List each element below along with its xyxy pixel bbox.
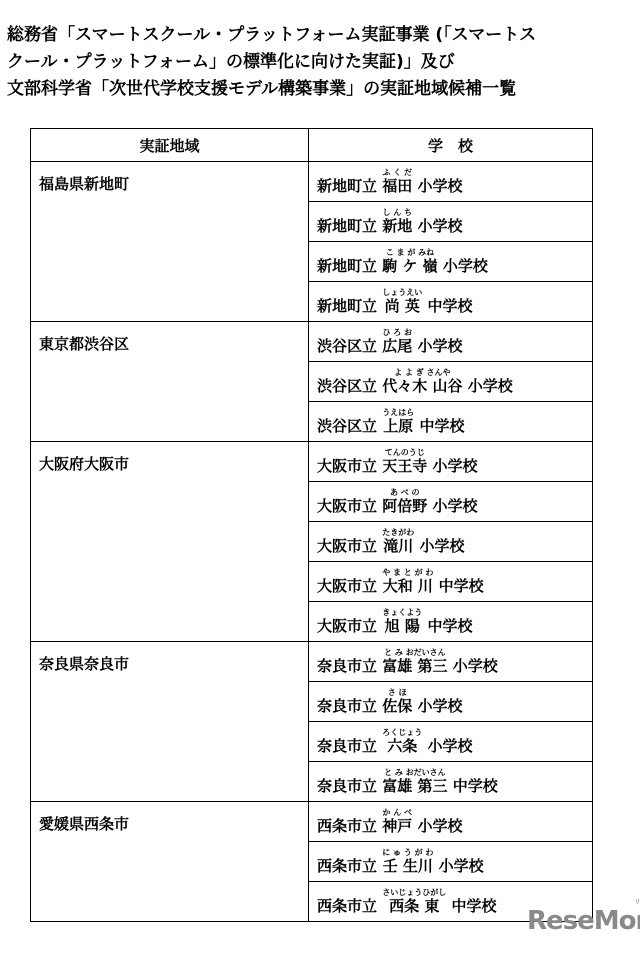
title-line-1: 総務省「スマートスクール・プラットフォーム実証事業 (「スマートス <box>7 22 607 49</box>
base-text: 奈良市立 <box>317 697 382 716</box>
furigana-text: さ ほ <box>382 688 412 697</box>
furigana-text <box>317 608 382 617</box>
school-name-segment: 小学校 <box>412 168 462 196</box>
base-text: 広尾 <box>382 337 412 356</box>
furigana-text: てんのうじ <box>382 448 427 457</box>
furigana-text <box>317 368 382 377</box>
furigana-text <box>317 488 382 497</box>
furigana-text: と み おだいさん <box>382 648 447 657</box>
furigana-text <box>412 328 462 337</box>
school-name-cell: 奈良市立 さ ほ佐保 小学校 <box>309 682 593 722</box>
furigana-text <box>412 168 462 177</box>
base-text: 中学校 <box>446 897 496 916</box>
school-name-segment: 中学校 <box>433 568 483 596</box>
school-name-segment: 中学校 <box>414 408 464 436</box>
furigana-text <box>433 848 483 857</box>
base-text: 新地町立 <box>317 297 382 316</box>
school-name-cell: 大阪市立 あ べ の阿倍野 小学校 <box>309 482 593 522</box>
furigana-text: と み おだいさん <box>382 768 447 777</box>
school-row: 奈良県奈良市 奈良市立 と み おだいさん富雄 第三 小学校 <box>31 642 593 682</box>
base-text: 小学校 <box>447 657 497 676</box>
furigana-text: ろくじょう <box>382 728 422 737</box>
school-name-cell: 奈良市立 と み おだいさん富雄 第三 小学校 <box>309 642 593 682</box>
base-text: 小学校 <box>427 497 477 516</box>
base-text: 六条 <box>382 737 422 756</box>
furigana-text: こ ま が みね <box>382 248 437 257</box>
furigana-text <box>414 528 464 537</box>
base-text: 中学校 <box>433 577 483 596</box>
school-name-segment: 渋谷区立 <box>317 408 382 436</box>
document-title: 総務省「スマートスクール・プラットフォーム実証事業 (「スマートス クール・プラ… <box>7 22 607 103</box>
school-name-cell: 新地町立 しょうえい尚 英 中学校 <box>309 282 593 322</box>
base-text: 小学校 <box>412 217 462 236</box>
furigana-text <box>438 248 488 257</box>
base-text: 富雄 第三 <box>382 657 447 676</box>
base-text: 西条 東 <box>382 897 446 916</box>
base-text: 中学校 <box>422 297 472 316</box>
school-name-cell: 西条市立 に ゅ う が わ壬 生川 小学校 <box>309 842 593 882</box>
base-text: 大阪市立 <box>317 537 382 556</box>
school-name-segment: 新地町立 <box>317 168 382 196</box>
base-text: 福田 <box>382 177 412 196</box>
region-name-cell: 福島県新地町 <box>31 162 309 322</box>
furigana-text <box>317 448 382 457</box>
base-text: 滝川 <box>382 537 414 556</box>
furigana-text <box>317 688 382 697</box>
furigana-text <box>414 408 464 417</box>
furigana-text: しょうえい <box>382 288 422 297</box>
school-name-segment: 奈良市立 <box>317 728 382 756</box>
school-name-segment: 西条市立 <box>317 808 382 836</box>
region-name-cell: 大阪府大阪市 <box>31 442 309 642</box>
base-text: 小学校 <box>433 857 483 876</box>
school-name-segment: 大阪市立 <box>317 488 382 516</box>
furigana-text: ひ ろ お <box>382 328 412 337</box>
furigana-text <box>317 328 382 337</box>
base-text: 中学校 <box>422 617 472 636</box>
base-text: 新地町立 <box>317 257 382 276</box>
base-text: 渋谷区立 <box>317 337 382 356</box>
base-text: 代々木 山谷 <box>382 377 462 396</box>
document-page: 総務省「スマートスクール・プラットフォーム実証事業 (「スマートス クール・プラ… <box>0 0 640 954</box>
school-row: 大阪府大阪市 大阪市立 てんのうじ天王寺 小学校 <box>31 442 593 482</box>
school-name-segment-with-furigana: あ べ の阿倍野 <box>382 488 427 516</box>
school-name-segment-with-furigana: と み おだいさん富雄 第三 <box>382 768 447 796</box>
region-name-cell: 東京都渋谷区 <box>31 322 309 442</box>
base-text: 上原 <box>382 417 414 436</box>
furigana-text <box>422 728 472 737</box>
title-line-2: クール・プラットフォーム」の標準化に向けた実証)」及び <box>7 49 607 76</box>
furigana-text <box>317 808 382 817</box>
furigana-text: し ん ち <box>382 208 412 217</box>
school-name-segment: 中学校 <box>422 288 472 316</box>
school-name-segment: 西条市立 <box>317 888 382 916</box>
base-text: 佐保 <box>382 697 412 716</box>
base-text: 小学校 <box>412 817 462 836</box>
school-name-segment: 小学校 <box>412 208 462 236</box>
school-name-segment: 小学校 <box>427 488 477 516</box>
school-name-segment: 新地町立 <box>317 248 382 276</box>
school-name-segment-with-furigana: と み おだいさん富雄 第三 <box>382 648 447 676</box>
base-text: 小学校 <box>422 737 472 756</box>
school-name-segment: 小学校 <box>412 688 462 716</box>
base-text: 小学校 <box>427 457 477 476</box>
school-name-cell: 新地町立 ふ く だ福田 小学校 <box>309 162 593 202</box>
school-name-segment: 大阪市立 <box>317 608 382 636</box>
base-text: 小学校 <box>412 697 462 716</box>
region-name-cell: 奈良県奈良市 <box>31 642 309 802</box>
school-name-segment: 小学校 <box>422 728 472 756</box>
base-text: 奈良市立 <box>317 657 382 676</box>
furigana-text <box>412 808 462 817</box>
furigana-text: たきがわ <box>382 528 414 537</box>
furigana-text <box>317 528 382 537</box>
base-text: 渋谷区立 <box>317 377 382 396</box>
furigana-text <box>412 208 462 217</box>
furigana-text <box>317 728 382 737</box>
school-name-segment-with-furigana: しょうえい尚 英 <box>382 288 422 316</box>
furigana-text <box>317 768 382 777</box>
school-name-cell: 渋谷区立 ひ ろ お広尾 小学校 <box>309 322 593 362</box>
base-text: 小学校 <box>414 537 464 556</box>
school-name-segment: 小学校 <box>438 248 488 276</box>
furigana-text <box>317 288 382 297</box>
base-text: 小学校 <box>412 177 462 196</box>
school-name-segment: 渋谷区立 <box>317 328 382 356</box>
school-name-segment: 小学校 <box>412 808 462 836</box>
school-name-segment-with-furigana: さ ほ佐保 <box>382 688 412 716</box>
base-text: 富雄 第三 <box>382 777 447 796</box>
school-name-cell: 大阪市立 きょくよう旭 陽 中学校 <box>309 602 593 642</box>
school-name-segment-with-furigana: に ゅ う が わ壬 生川 <box>382 848 433 876</box>
furigana-text <box>462 368 512 377</box>
furigana-text <box>317 568 382 577</box>
base-text: 新地町立 <box>317 217 382 236</box>
furigana-text <box>317 248 382 257</box>
base-text: 大和 川 <box>382 577 433 596</box>
base-text: 小学校 <box>412 337 462 356</box>
base-text: 尚 英 <box>382 297 422 316</box>
school-name-segment-with-furigana: ふ く だ福田 <box>382 168 412 196</box>
school-name-segment: 中学校 <box>446 888 496 916</box>
school-name-cell: 西条市立 か ん べ神戸 小学校 <box>309 802 593 842</box>
school-name-segment-with-furigana: きょくよう旭 陽 <box>382 608 422 636</box>
furigana-text: きょくよう <box>382 608 422 617</box>
school-name-segment-with-furigana: こ ま が みね駒 ケ 嶺 <box>382 248 437 276</box>
base-text: 小学校 <box>438 257 488 276</box>
school-name-segment: 小学校 <box>412 328 462 356</box>
base-text: 中学校 <box>414 417 464 436</box>
school-column-header: 学 校 <box>309 129 593 162</box>
base-text: 渋谷区立 <box>317 417 382 436</box>
furigana-text <box>317 848 382 857</box>
base-text: 駒 ケ 嶺 <box>382 257 437 276</box>
school-name-segment-with-furigana: し ん ち新地 <box>382 208 412 236</box>
base-text: 大阪市立 <box>317 457 382 476</box>
school-name-segment: 奈良市立 <box>317 688 382 716</box>
base-text: 天王寺 <box>382 457 427 476</box>
furigana-text <box>447 648 497 657</box>
base-text: 大阪市立 <box>317 577 382 596</box>
school-name-segment-with-furigana: たきがわ滝川 <box>382 528 414 556</box>
furigana-text: うえはら <box>382 408 414 417</box>
school-row: 東京都渋谷区 渋谷区立 ひ ろ お広尾 小学校 <box>31 322 593 362</box>
furigana-text: よ よ ぎ さんや <box>382 368 462 377</box>
region-column-header: 実証地域 <box>31 129 309 162</box>
schools-table: 実証地域学 校福島県新地町 新地町立 ふ く だ福田 小学校 新地町立 し ん … <box>30 128 593 922</box>
school-name-segment: 大阪市立 <box>317 448 382 476</box>
base-text: 大阪市立 <box>317 617 382 636</box>
school-name-segment-with-furigana: か ん べ神戸 <box>382 808 412 836</box>
title-line-3: 文部科学省「次世代学校支援モデル構築事業」の実証地域候補一覧 <box>7 76 607 103</box>
base-text: 小学校 <box>462 377 512 396</box>
base-text: 中学校 <box>447 777 497 796</box>
region-name-cell: 愛媛県西条市 <box>31 802 309 922</box>
furigana-text <box>317 408 382 417</box>
school-name-cell: 奈良市立 と み おだいさん富雄 第三 中学校 <box>309 762 593 802</box>
base-text: 壬 生川 <box>382 857 433 876</box>
base-text: 奈良市立 <box>317 737 382 756</box>
base-text: 旭 陽 <box>382 617 422 636</box>
furigana-text: に ゅ う が わ <box>382 848 433 857</box>
school-name-segment-with-furigana: さいじょうひがし西条 東 <box>382 888 446 916</box>
furigana-text <box>447 768 497 777</box>
school-name-cell: 渋谷区立 うえはら上原 中学校 <box>309 402 593 442</box>
furigana-text <box>317 208 382 217</box>
furigana-text <box>317 888 382 897</box>
school-name-segment: 大阪市立 <box>317 528 382 556</box>
school-name-segment-with-furigana: よ よ ぎ さんや代々木 山谷 <box>382 368 462 396</box>
school-name-segment-with-furigana: ろくじょう六条 <box>382 728 422 756</box>
base-text: 新地 <box>382 217 412 236</box>
base-text: 西条市立 <box>317 857 382 876</box>
furigana-text: か ん べ <box>382 808 412 817</box>
school-name-cell: 新地町立 こ ま が みね駒 ケ 嶺 小学校 <box>309 242 593 282</box>
base-text: 奈良市立 <box>317 777 382 796</box>
furigana-text: あ べ の <box>382 488 427 497</box>
furigana-text <box>412 688 462 697</box>
school-name-segment: 奈良市立 <box>317 768 382 796</box>
furigana-text: さいじょうひがし <box>382 888 446 897</box>
school-name-segment-with-furigana: ひ ろ お広尾 <box>382 328 412 356</box>
school-name-segment-with-furigana: うえはら上原 <box>382 408 414 436</box>
school-name-cell: 奈良市立 ろくじょう六条 小学校 <box>309 722 593 762</box>
school-name-segment: 中学校 <box>422 608 472 636</box>
furigana-text <box>317 168 382 177</box>
school-name-segment: 小学校 <box>462 368 512 396</box>
school-name-segment: 小学校 <box>447 648 497 676</box>
table-header-row: 実証地域学 校 <box>31 129 593 162</box>
school-name-cell: 大阪市立 てんのうじ天王寺 小学校 <box>309 442 593 482</box>
school-name-cell: 大阪市立 たきがわ滝川 小学校 <box>309 522 593 562</box>
base-text: 大阪市立 <box>317 497 382 516</box>
school-name-cell: 新地町立 し ん ち新地 小学校 <box>309 202 593 242</box>
school-name-segment-with-furigana: てんのうじ天王寺 <box>382 448 427 476</box>
resemom-logo: リセマム ReseMom. <box>527 899 640 935</box>
school-row: 福島県新地町 新地町立 ふ く だ福田 小学校 <box>31 162 593 202</box>
school-name-segment: 渋谷区立 <box>317 368 382 396</box>
school-name-segment: 新地町立 <box>317 208 382 236</box>
school-name-cell: 渋谷区立 よ よ ぎ さんや代々木 山谷 小学校 <box>309 362 593 402</box>
base-text: 西条市立 <box>317 897 382 916</box>
school-row: 愛媛県西条市 西条市立 か ん べ神戸 小学校 <box>31 802 593 842</box>
furigana-text <box>422 608 472 617</box>
school-name-segment: 西条市立 <box>317 848 382 876</box>
school-name-segment: 小学校 <box>414 528 464 556</box>
furigana-text <box>427 488 477 497</box>
furigana-text: ふ く だ <box>382 168 412 177</box>
base-text: 新地町立 <box>317 177 382 196</box>
base-text: 西条市立 <box>317 817 382 836</box>
resemom-logo-text: ReseMom. <box>527 907 640 935</box>
furigana-text <box>427 448 477 457</box>
furigana-text <box>317 648 382 657</box>
furigana-text <box>446 888 496 897</box>
school-name-segment: 小学校 <box>433 848 483 876</box>
school-name-segment: 奈良市立 <box>317 648 382 676</box>
furigana-text <box>422 288 472 297</box>
furigana-text <box>433 568 483 577</box>
school-name-cell: 大阪市立 や ま と が わ大和 川 中学校 <box>309 562 593 602</box>
base-text: 阿倍野 <box>382 497 427 516</box>
school-name-segment: 新地町立 <box>317 288 382 316</box>
school-name-segment: 大阪市立 <box>317 568 382 596</box>
furigana-text: や ま と が わ <box>382 568 433 577</box>
base-text: 神戸 <box>382 817 412 836</box>
school-name-segment: 小学校 <box>427 448 477 476</box>
school-name-segment: 中学校 <box>447 768 497 796</box>
school-name-segment-with-furigana: や ま と が わ大和 川 <box>382 568 433 596</box>
